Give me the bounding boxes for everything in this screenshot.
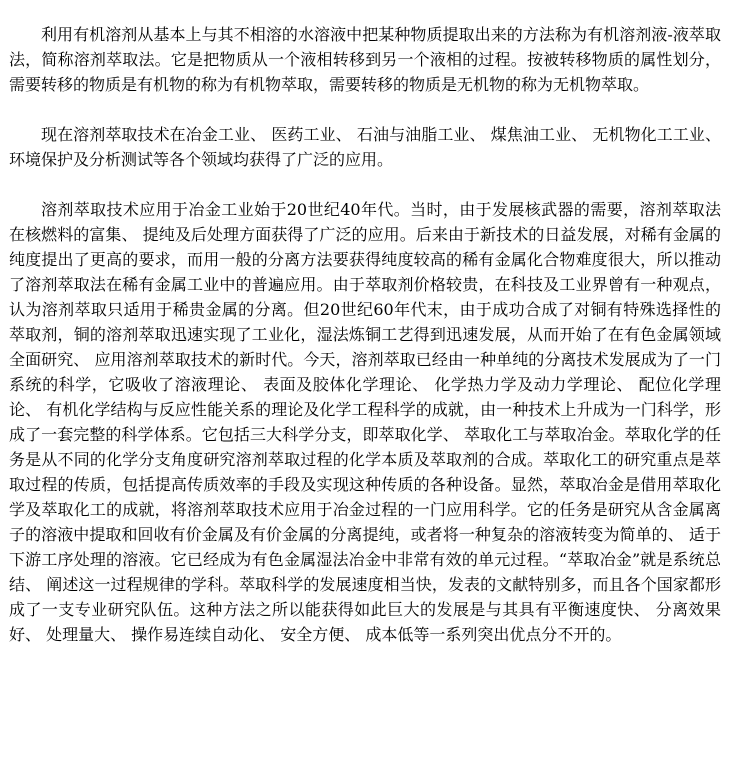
paragraph-application-fields: 现在溶剂萃取技术在冶金工业、 医药工业、 石油与油脂工业、 煤焦油工业、 无机物… [9, 122, 721, 172]
paragraph-intro-definition: 利用有机溶剂从基本上与其不相溶的水溶液中把某种物质提取出来的方法称为有机溶剂液-… [9, 22, 721, 97]
document-page: 利用有机溶剂从基本上与其不相溶的水溶液中把某种物质提取出来的方法称为有机溶剂液-… [0, 0, 730, 760]
paragraph-history-and-science: 溶剂萃取技术应用于冶金工业始于20世纪40年代。当时，由于发展核武器的需要，溶剂… [9, 197, 721, 647]
